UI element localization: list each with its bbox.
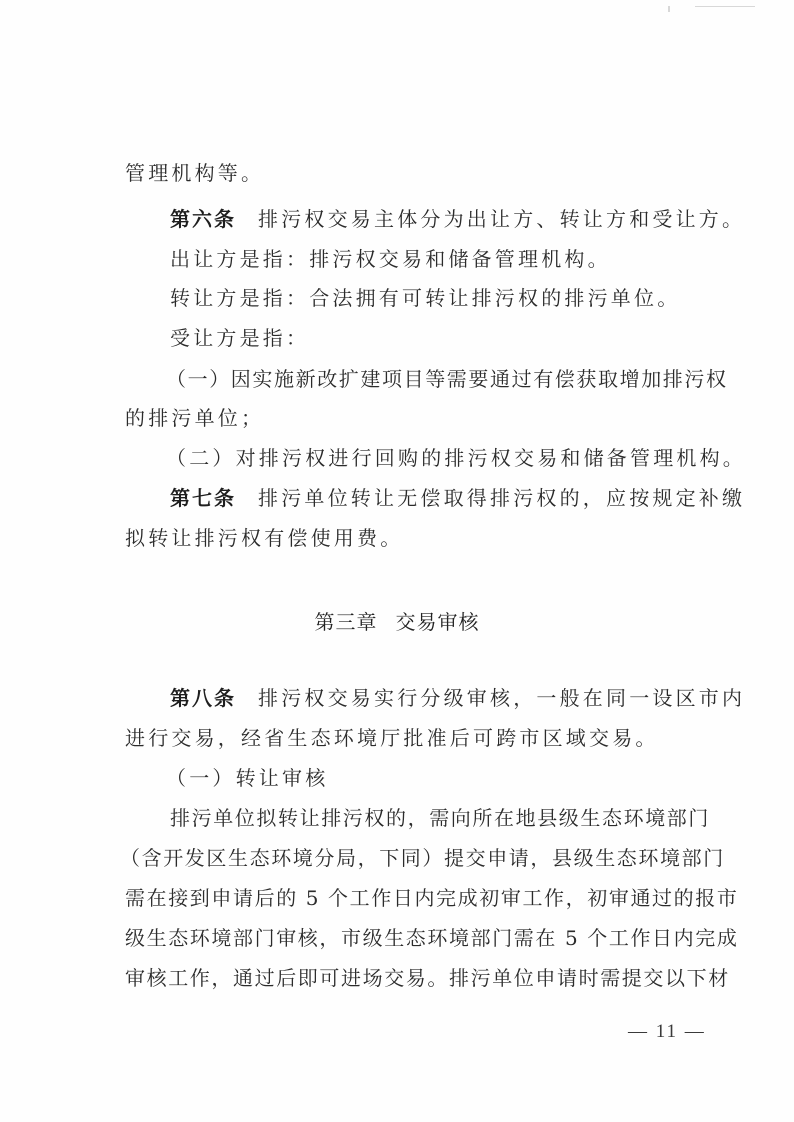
document-page: 管理机构等。 第六条排污权交易主体分为出让方、转让方和受让方。 出让方是指：排污… xyxy=(0,0,794,1122)
article-label: 第七条 xyxy=(170,486,236,510)
paragraph-line: 排污单位拟转让排污权的，需向所在地县级生态环境部门 xyxy=(170,806,710,830)
chapter-title: 交易审核 xyxy=(396,610,480,634)
paragraph-line: 进行交易，经省生态环境厅批准后可跨市区域交易。 xyxy=(125,726,659,750)
article-8: 第八条排污权交易实行分级审核，一般在同一设区市内 xyxy=(170,686,745,710)
paragraph-line: 拟转让排污权有偿使用费。 xyxy=(125,526,403,550)
scan-artifact xyxy=(668,6,670,12)
paragraph-line: 审核工作，通过后即可进场交易。排污单位申请时需提交以下材 xyxy=(125,966,730,990)
paragraph-line: 转让方是指：合法拥有可转让排污权的排污单位。 xyxy=(170,286,680,310)
sub-heading: （一）转让审核 xyxy=(166,766,328,790)
paragraph-line: 级生态环境部门审核，市级生态环境部门需在 5 个工作日内完成 xyxy=(125,926,738,950)
chapter-number: 第三章 xyxy=(315,610,378,634)
list-item: （一）因实施新改扩建项目等需要通过有偿获取增加排污权 xyxy=(166,367,728,391)
article-label: 第八条 xyxy=(170,686,236,710)
paragraph-line: 受让方是指： xyxy=(170,326,309,350)
page-number: — 11 — xyxy=(628,1021,706,1043)
paragraph-line: 出让方是指：排污权交易和储备管理机构。 xyxy=(170,247,611,271)
article-label: 第六条 xyxy=(170,207,236,231)
paragraph-line: 需在接到申请后的 5 个工作日内完成初审工作，初审通过的报市 xyxy=(125,886,738,910)
article-7: 第七条排污单位转让无偿取得排污权的，应按规定补缴 xyxy=(170,486,745,510)
paragraph-line: 的排污单位； xyxy=(125,406,264,430)
list-item: （二）对排污权进行回购的排污权交易和储备管理机构。 xyxy=(166,446,746,470)
scan-artifact xyxy=(695,6,755,7)
article-6: 第六条排污权交易主体分为出让方、转让方和受让方。 xyxy=(170,207,745,231)
paragraph-line: （含开发区生态环境分局，下同）提交申请，县级生态环境部门 xyxy=(120,846,725,870)
paragraph-line: 管理机构等。 xyxy=(125,161,264,185)
chapter-heading: 第三章交易审核 xyxy=(0,606,794,635)
